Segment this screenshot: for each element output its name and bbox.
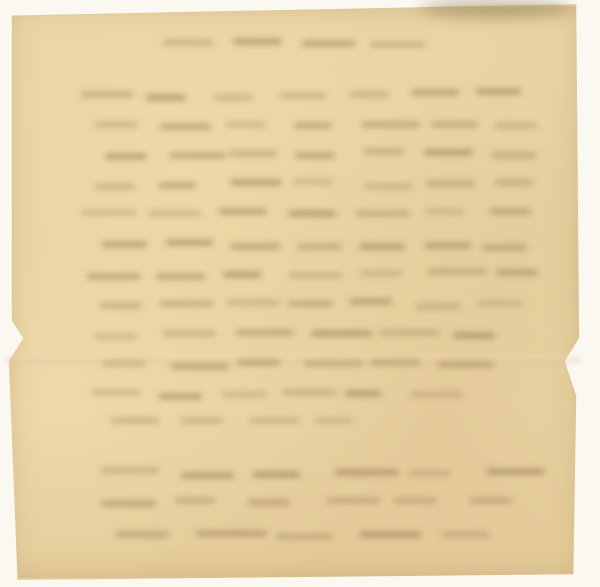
handwriting-word [489, 209, 531, 214]
handwriting-word [370, 42, 425, 47]
handwriting-word [379, 330, 439, 335]
handwriting-word [230, 180, 282, 185]
handwriting-word [148, 211, 200, 216]
handwriting-word [438, 362, 494, 367]
handwriting-word [214, 95, 253, 100]
handwriting-word [496, 270, 538, 275]
handwriting-word [360, 271, 402, 276]
handwriting-word [223, 272, 262, 277]
handwriting-word [476, 89, 520, 94]
handwriting-word [427, 269, 487, 274]
handwriting-word [410, 392, 463, 397]
handwriting-word [424, 150, 473, 155]
handwriting-word [494, 123, 537, 128]
handwriting-word [425, 209, 464, 214]
handwriting-word [363, 149, 404, 154]
handwriting-word [495, 180, 533, 185]
handwriting-word [196, 531, 267, 536]
handwriting-word [233, 39, 282, 44]
handwriting-word [302, 41, 355, 46]
handwriting-word [282, 390, 337, 395]
handwriting-word [409, 471, 452, 476]
handwriting-word [158, 183, 196, 188]
handwriting-word [349, 92, 389, 97]
handwriting-word [491, 153, 537, 158]
handwriting-word [426, 181, 475, 186]
handwriting-word [236, 330, 294, 335]
handwriting-word [146, 95, 186, 100]
handwriting-word [181, 418, 224, 423]
handwriting-word [304, 361, 363, 366]
handwriting-word [276, 534, 334, 539]
handwriting-word [248, 500, 290, 505]
handwriting-word [94, 334, 137, 339]
handwriting-word [111, 418, 159, 423]
handwriting-word [294, 123, 332, 128]
handwriting-word [115, 532, 169, 537]
handwriting-word [478, 301, 522, 306]
handwriting-word [222, 392, 267, 397]
handwriting-word [95, 122, 138, 127]
handwriting-word [81, 92, 133, 97]
handwriting-word [355, 211, 409, 216]
handwriting-word [431, 122, 478, 127]
handwriting-word [100, 303, 142, 308]
handwriting-word [175, 498, 216, 503]
handwriting-strokes [0, 0, 600, 587]
handwriting-word [486, 469, 545, 474]
handwriting-word [101, 468, 160, 473]
handwriting-word [159, 394, 202, 399]
handwriting-word [160, 124, 211, 129]
handwriting-word [102, 242, 147, 247]
handwriting-word [166, 240, 213, 245]
handwriting-word [156, 274, 205, 279]
handwriting-word [288, 211, 336, 216]
handwriting-word [81, 210, 137, 215]
handwriting-word [359, 532, 422, 537]
handwriting-word [218, 209, 267, 214]
handwriting-word [411, 90, 460, 95]
handwriting-word [170, 364, 228, 369]
handwriting-word [226, 300, 281, 305]
handwriting-word [370, 360, 420, 365]
handwriting-word [163, 331, 216, 336]
handwriting-word [315, 418, 352, 423]
handwriting-word [292, 179, 333, 184]
handwriting-word [253, 472, 300, 477]
handwriting-word [181, 473, 235, 478]
handwriting-word [226, 122, 266, 127]
handwriting-word [345, 391, 381, 396]
handwriting-word [441, 532, 489, 537]
handwriting-word [424, 243, 471, 248]
handwriting-word [453, 333, 496, 338]
handwriting-word [394, 498, 436, 503]
handwriting-word [287, 301, 333, 306]
handwriting-word [469, 498, 512, 503]
handwriting-word [101, 501, 157, 506]
handwriting-word [349, 299, 391, 304]
handwriting-word [311, 331, 373, 336]
handwriting-word [237, 360, 280, 365]
handwriting-word [280, 93, 326, 98]
handwriting-word [229, 151, 277, 156]
handwriting-word [482, 245, 527, 250]
handwriting-word [364, 184, 414, 189]
handwriting-word [249, 418, 300, 423]
handwriting-word [169, 153, 225, 158]
handwriting-word [326, 498, 380, 503]
handwriting-word [335, 470, 400, 475]
handwriting-word [102, 361, 145, 366]
handwriting-word [87, 274, 140, 279]
handwriting-word [160, 301, 213, 306]
handwriting-word [95, 184, 135, 189]
handwriting-word [297, 244, 342, 249]
handwriting-word [295, 153, 335, 158]
handwriting-word [361, 122, 420, 127]
handwriting-word [359, 244, 405, 249]
handwriting-word [416, 304, 461, 309]
handwriting-word [163, 40, 214, 45]
handwriting-word [230, 244, 280, 249]
handwriting-word [289, 273, 342, 278]
handwriting-word [92, 390, 140, 395]
handwriting-word [105, 154, 146, 159]
